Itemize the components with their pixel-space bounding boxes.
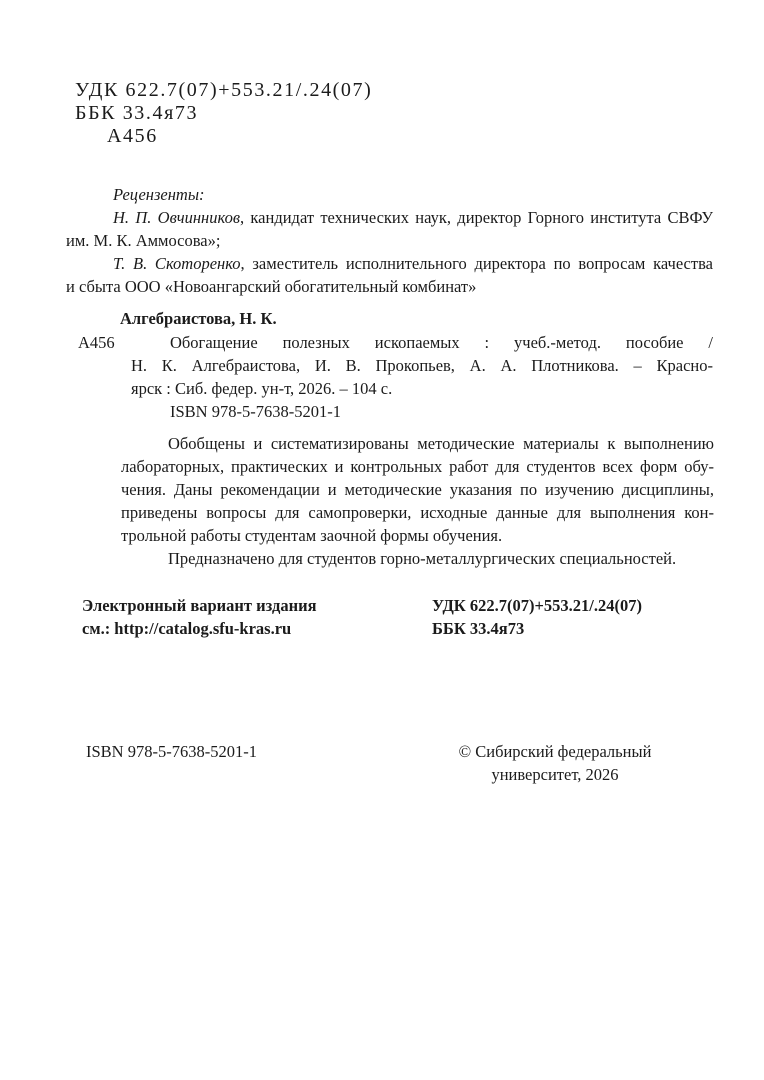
reviewer-1-line-2: им. М. К. Аммосова»; bbox=[66, 229, 713, 252]
annotation-line-1: Обобщены и систематизированы методически… bbox=[121, 432, 714, 455]
e-edition-right: УДК 622.7(07)+553.21/.24(07) ББК 33.4я73 bbox=[432, 594, 642, 640]
top-codes-block: УДК 622.7(07)+553.21/.24(07) ББК 33.4я73… bbox=[75, 80, 372, 149]
reviewer-1-line-1: Н. П. Овчинников, кандидат технических н… bbox=[66, 206, 713, 229]
catalog-line-1: Обогащение полезных ископаемых : учеб.-м… bbox=[131, 331, 713, 354]
reviewers-heading: Рецензенты: bbox=[66, 183, 713, 206]
reviewers-block: Рецензенты: Н. П. Овчинников, кандидат т… bbox=[66, 183, 713, 298]
catalog-line-2: Н. К. Алгебраистова, И. В. Прокопьев, А.… bbox=[131, 354, 713, 377]
catalog-isbn: ISBN 978-5-7638-5201-1 bbox=[131, 400, 713, 423]
bbk-code-bottom: ББК 33.4я73 bbox=[432, 617, 642, 640]
copyright-line-1: © Сибирский федеральный bbox=[448, 740, 662, 763]
reviewer-1-name: Н. П. Овчинников bbox=[113, 208, 240, 227]
reviewer-1-role: , кандидат технических наук, директор Го… bbox=[240, 208, 713, 227]
bbk-code: ББК 33.4я73 bbox=[75, 103, 372, 126]
catalog-line-3: ярск : Сиб. федер. ун-т, 2026. – 104 с. bbox=[131, 377, 713, 400]
annotation-line-3: чения. Даны рекомендации и методические … bbox=[121, 478, 714, 501]
annotation-line-4: приведены вопросы для самопроверки, исхо… bbox=[121, 501, 714, 524]
e-edition-url: см.: http://catalog.sfu-kras.ru bbox=[82, 617, 317, 640]
annotation-block: Обобщены и систематизированы методически… bbox=[121, 432, 714, 570]
copyright-line-2: университет, 2026 bbox=[448, 763, 662, 786]
annotation-audience: Предназначено для студентов горно-металл… bbox=[121, 547, 714, 570]
reviewer-2-role: , заместитель исполнительного директора … bbox=[241, 254, 713, 273]
reviewer-2-line-2: и сбыта ООО «Новоангарский обогатительны… bbox=[66, 275, 713, 298]
catalog-author-sign: А456 bbox=[78, 331, 115, 354]
catalog-author-header: Алгебраистова, Н. К. bbox=[120, 307, 277, 330]
copyright-block: © Сибирский федеральный университет, 202… bbox=[448, 740, 662, 786]
annotation-line-5: трольной работы студентам заочной формы … bbox=[121, 524, 714, 547]
udc-code-bottom: УДК 622.7(07)+553.21/.24(07) bbox=[432, 594, 642, 617]
annotation-line-2: лабораторных, практических и контрольных… bbox=[121, 455, 714, 478]
udc-code: УДК 622.7(07)+553.21/.24(07) bbox=[75, 80, 372, 103]
e-edition-left: Электронный вариант издания см.: http://… bbox=[82, 594, 317, 640]
footer-isbn: ISBN 978-5-7638-5201-1 bbox=[86, 740, 257, 763]
reviewer-2-line-1: Т. В. Скоторенко, заместитель исполнител… bbox=[66, 252, 713, 275]
imprint-page: УДК 622.7(07)+553.21/.24(07) ББК 33.4я73… bbox=[0, 0, 764, 1080]
reviewer-2-name: Т. В. Скоторенко bbox=[113, 254, 241, 273]
catalog-entry-block: Обогащение полезных ископаемых : учеб.-м… bbox=[131, 331, 713, 423]
author-sign: А456 bbox=[75, 126, 372, 149]
e-edition-title: Электронный вариант издания bbox=[82, 594, 317, 617]
